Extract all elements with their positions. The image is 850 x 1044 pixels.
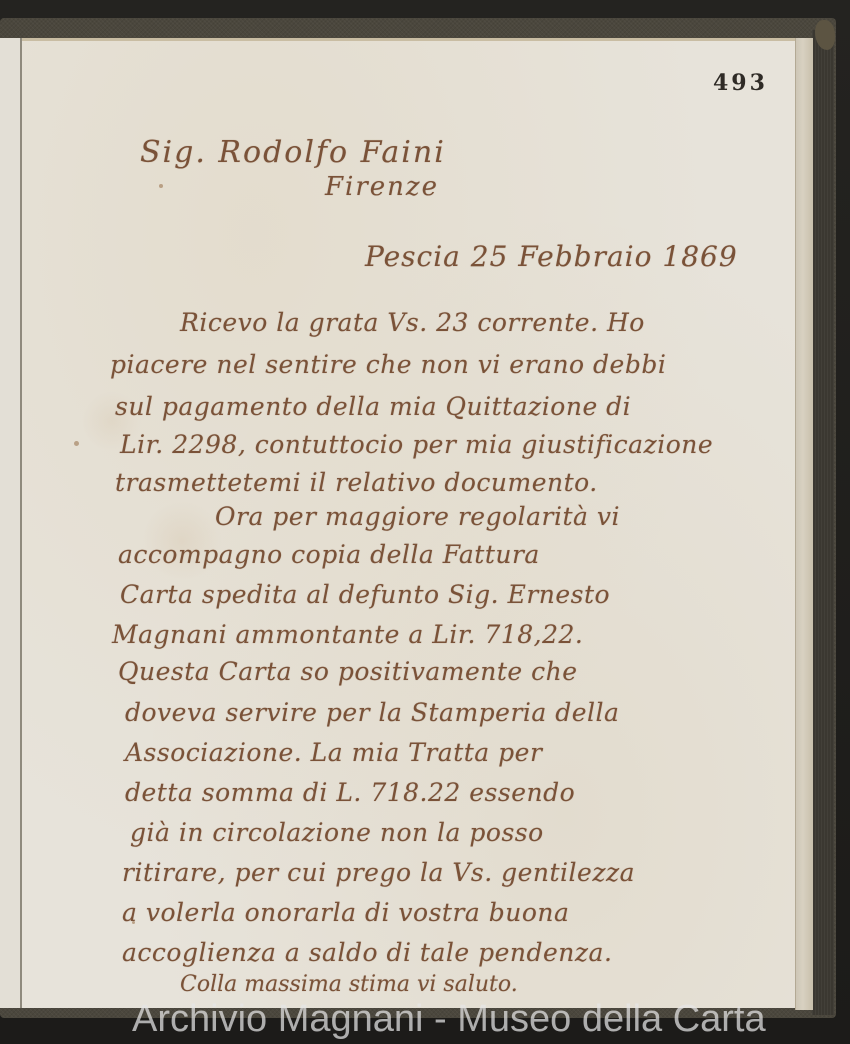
letter-closing: Colla massima stima vi saluto. [180, 972, 518, 997]
letter-line: Ora per maggiore regolarità vi [215, 502, 620, 531]
letter-line: accoglienza a saldo di tale pendenza. [122, 938, 612, 967]
previous-page-edge [0, 38, 22, 1008]
letter-line: doveva servire per la Stamperia della [125, 698, 619, 727]
letter-line: Associazione. La mia Tratta per [125, 738, 542, 767]
recipient-city: Firenze [325, 172, 439, 202]
letter-line: ritirare, per cui prego la Vs. gentilezz… [122, 858, 635, 887]
dateline: Pescia 25 Febbraio 1869 [365, 240, 738, 273]
recipient-salutation: Sig. Rodolfo Faini [140, 135, 446, 170]
letter-line: già in circolazione non la posso [130, 818, 544, 847]
letter-line: a volerla onorarla di vostra buona [122, 898, 569, 927]
letter-line: trasmettetemi il relativo documento. [115, 468, 598, 497]
archive-watermark: Archivio Magnani - Museo della Carta [132, 998, 766, 1041]
book-spine-edge [812, 30, 834, 1015]
foxing-spot [159, 184, 163, 188]
foxing-spot [74, 441, 79, 446]
letter-line: Ricevo la grata Vs. 23 corrente. Ho [180, 308, 645, 337]
letter-line: piacere nel sentire che non vi erano deb… [110, 350, 666, 379]
letter-line: sul pagamento della mia Quittazione di [115, 392, 631, 421]
letter-line: Carta spedita al defunto Sig. Ernesto [120, 580, 610, 609]
letter-line: Magnani ammontante a Lir. 718,22. [112, 620, 583, 649]
letter-line: detta somma di L. 718.22 essendo [125, 778, 575, 807]
page-number: 493 [713, 70, 768, 96]
letter-line: Lir. 2298, contuttocio per mia giustific… [120, 430, 713, 459]
letter-line: accompagno copia della Fattura [118, 540, 540, 569]
archival-scan: 493 Sig. Rodolfo Faini Firenze Pescia 25… [0, 0, 850, 1044]
page-stack-edge [795, 38, 813, 1010]
letter-line: Questa Carta so positivamente che [118, 657, 578, 686]
